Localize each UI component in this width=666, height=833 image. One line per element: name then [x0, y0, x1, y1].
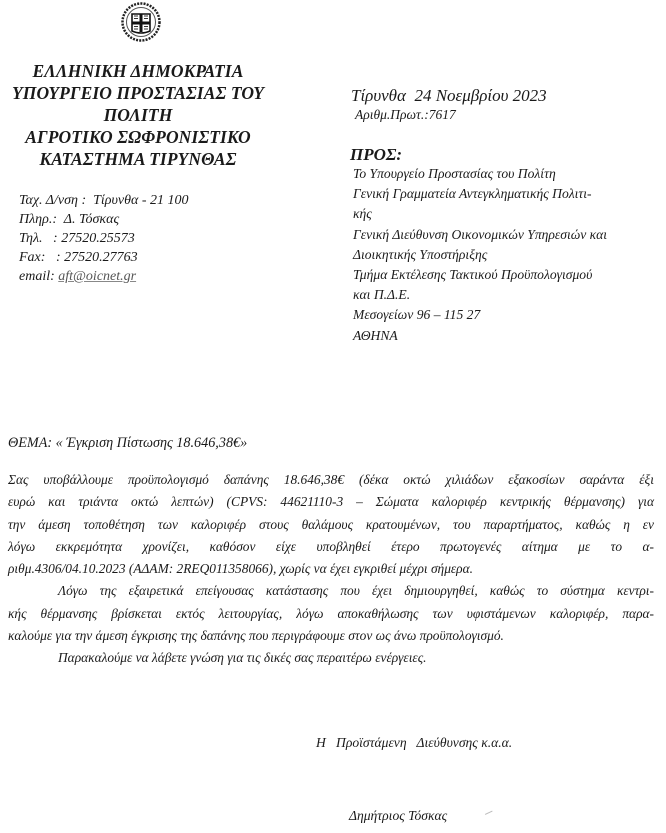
letter-body: Σας υποβάλλουμε προϋπολογισμό δαπάνης 18…: [8, 469, 654, 670]
subject-line: ΘΕΜΑ: « Έγκριση Πίστωσης 18.646,38€»: [8, 434, 247, 452]
org-line: ΠΟΛΙΤΗ: [8, 104, 268, 126]
email-label: email:: [19, 269, 55, 284]
recipient-line: και Π.Δ.Ε.: [353, 285, 658, 305]
phone-row: Τηλ. : 27520.25573: [19, 229, 189, 248]
recipient-line: Γενική Διεύθυνση Οικονομικών Υπηρεσιών κ…: [353, 225, 658, 245]
recipient-block: Το Υπουργείο Προστασίας του Πολίτη Γενικ…: [353, 164, 658, 346]
info-value: Δ. Τόσκας: [64, 212, 119, 227]
recipient-line: Τμήμα Εκτέλεσης Τακτικού Προϋπολογισμού: [353, 265, 658, 285]
address-label: Ταχ. Δ/νση :: [19, 193, 86, 208]
body-line: την άμεση τοποθέτηση των καλοριφέρ στους…: [8, 514, 654, 536]
body-line: λόγω εκκρεμότητα χρονίζει, καθόσον είχε …: [8, 536, 654, 558]
recipient-line: Διοικητικής Υποστήριξης: [353, 245, 658, 265]
body-line: ευρώ και τριάντα οκτώ λεπτών) (CPVS: 446…: [8, 491, 654, 513]
recipient-title: ΠΡΟΣ:: [350, 145, 402, 165]
recipient-line: Μεσογείων 96 – 115 27: [353, 305, 658, 325]
signature-title: Η Προϊστάμενη Διεύθυνσης κ.α.α.: [316, 735, 512, 751]
org-line: ΥΠΟΥΡΓΕΙΟ ΠΡΟΣΤΑΣΙΑΣ ΤΟΥ: [8, 82, 268, 104]
signature-name: Δημήτριος Τόσκας: [349, 808, 447, 824]
contact-block: Ταχ. Δ/νση : Τίρυνθα - 21 100 Πληρ.: Δ. …: [19, 191, 189, 286]
recipient-line: ΑΘΗΝΑ: [353, 326, 658, 346]
document-date: Τίρυνθα 24 Νοεμβρίου 2023: [351, 86, 547, 106]
org-line: ΕΛΛΗΝΙΚΗ ΔΗΜΟΚΡΑΤΙΑ: [8, 60, 268, 82]
recipient-line: Γενική Γραμματεία Αντεγκληματικής Πολιτι…: [353, 184, 658, 204]
org-line: ΚΑΤΑΣΤΗΜΑ ΤΙΡΥΝΘΑΣ: [8, 148, 268, 170]
email-link[interactable]: aft@oicnet.gr: [58, 269, 136, 284]
fax-value: : 27520.27763: [56, 250, 138, 265]
greek-coat-of-arms-icon: [121, 2, 161, 42]
phone-value: : 27520.25573: [53, 231, 135, 246]
address-value: Τίρυνθα - 21 100: [93, 193, 188, 208]
body-line: κής θέρμανσης βρίσκεται εκτός λειτουργία…: [8, 603, 654, 625]
phone-label: Τηλ.: [19, 231, 43, 246]
protocol-number: Αριθμ.Πρωτ.:7617: [355, 106, 456, 124]
body-line: Παρακαλούμε να λάβετε γνώση για τις δικέ…: [8, 647, 654, 669]
recipient-line: Το Υπουργείο Προστασίας του Πολίτη: [353, 164, 658, 184]
body-line: Λόγω της εξαιρετικά επείγουσας κατάσταση…: [8, 580, 654, 602]
signature-mark: [485, 811, 495, 821]
email-row: email: aft@oicnet.gr: [19, 267, 189, 286]
body-line: ριθμ.4306/04.10.2023 (ΑΔΑΜ: 2REQ01135806…: [8, 558, 654, 580]
recipient-line: κής: [353, 204, 658, 224]
info-label: Πληρ.:: [19, 212, 57, 227]
fax-label: Fax:: [19, 250, 45, 265]
body-line: καλούμε για την άμεση έγκρισης της δαπάν…: [8, 625, 654, 647]
organization-header: ΕΛΛΗΝΙΚΗ ΔΗΜΟΚΡΑΤΙΑ ΥΠΟΥΡΓΕΙΟ ΠΡΟΣΤΑΣΙΑΣ…: [8, 60, 268, 170]
body-line: Σας υποβάλλουμε προϋπολογισμό δαπάνης 18…: [8, 469, 654, 491]
address-row: Ταχ. Δ/νση : Τίρυνθα - 21 100: [19, 191, 189, 210]
fax-row: Fax: : 27520.27763: [19, 248, 189, 267]
info-row: Πληρ.: Δ. Τόσκας: [19, 210, 189, 229]
org-line: ΑΓΡΟΤΙΚΟ ΣΩΦΡΟΝΙΣΤΙΚΟ: [8, 126, 268, 148]
